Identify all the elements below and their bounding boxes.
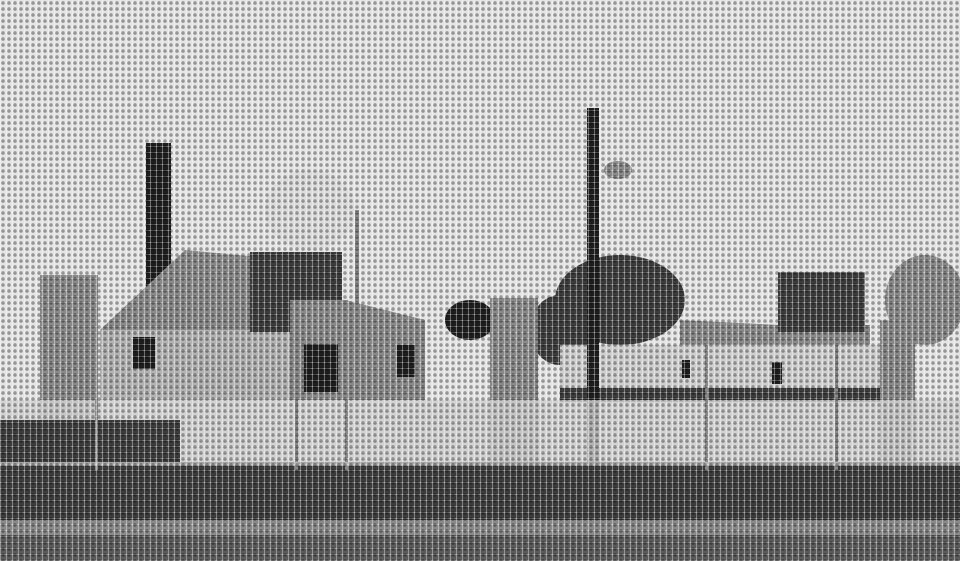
halftone-photograph: Halftone photograph of an industrial sit…: [0, 0, 960, 561]
fence: [0, 462, 960, 522]
pole-fixture: [604, 161, 632, 179]
block-building: [778, 272, 865, 332]
window: [304, 344, 338, 392]
fence-rail: [0, 462, 960, 466]
thin-pole: [355, 210, 359, 370]
window: [133, 337, 155, 369]
industrial-scene: [0, 0, 960, 561]
window: [397, 345, 415, 377]
smoke: [265, 170, 355, 250]
